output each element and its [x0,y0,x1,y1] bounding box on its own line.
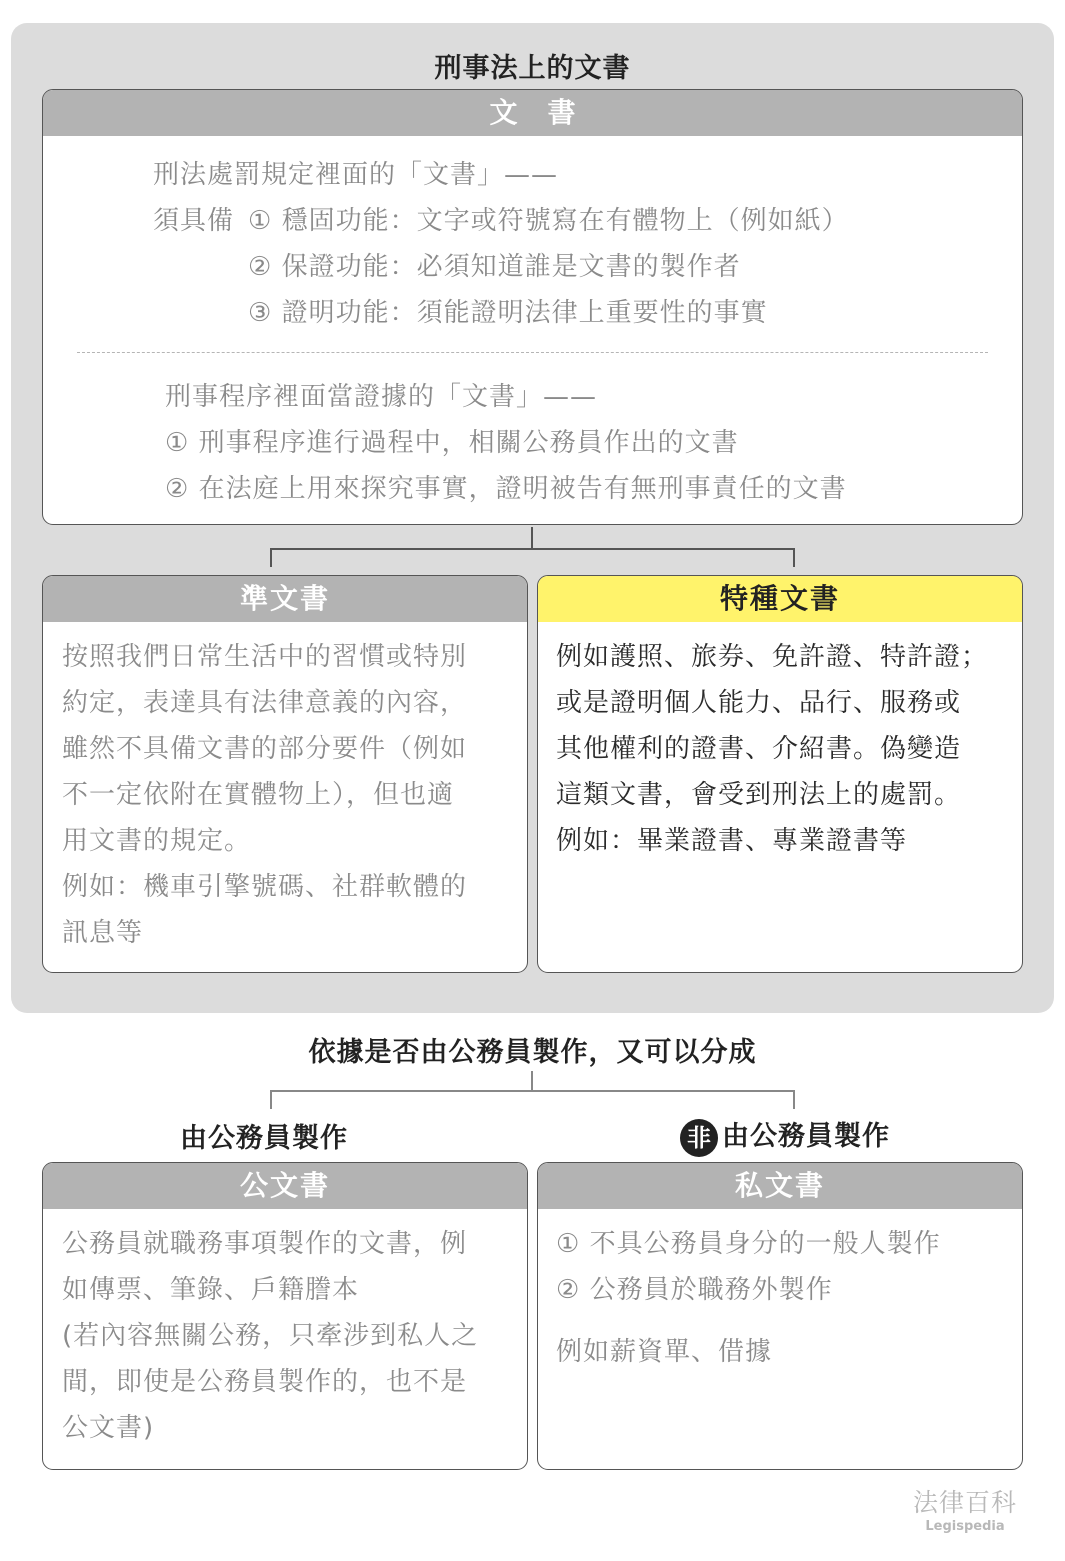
connector-line [793,548,795,567]
connector-line [531,1071,533,1091]
branch-label-text: 由公務員製作 [722,1121,890,1152]
public-document-box: 公文書 公務員就職務事項製作的文書，例 如傳票、筆錄、戶籍謄本 (若內容無關公務… [42,1162,528,1470]
connector-line [270,1090,272,1109]
quasi-document-line: 雖然不具備文書的部分要件（例如 [62,726,527,772]
quasi-document-line: 不一定依附在實體物上），但也適 [62,772,527,818]
connector-line [531,527,533,549]
public-document-header: 公文書 [43,1163,527,1209]
section-divider [77,352,988,353]
document-box-header: 文書 [43,90,1022,136]
connector-line [270,1090,795,1092]
special-document-line: 例如護照、旅券、免許證、特許證； [556,634,1022,680]
special-document-line: 或是證明個人能力、品行、服務或 [556,680,1022,726]
public-document-line: 如傳票、筆錄、戶籍謄本 [62,1267,527,1313]
brand-name-en: Legispedia [900,1518,1030,1536]
brand-logo: 法律百科 Legispedia [900,1488,1030,1536]
public-document-note: 公文書) [62,1405,527,1451]
private-document-header: 私文書 [538,1163,1022,1209]
private-document-item: ② 公務員於職務外製作 [556,1267,1022,1313]
quasi-document-line: 按照我們日常生活中的習慣或特別 [62,634,527,680]
connector-line [793,1090,795,1109]
quasi-document-header: 準文書 [43,576,527,622]
requirement-item: ③ 證明功能：須能證明法律上重要性的事實 [248,290,768,336]
criminal-law-intro: 刑法處罰規定裡面的「文書」—— [153,152,558,198]
requirement-item: ② 保證功能：必須知道誰是文書的製作者 [248,244,741,290]
public-document-note: (若內容無關公務，只牽涉到私人之 [62,1313,527,1359]
special-document-box: 特種文書 例如護照、旅券、免許證、特許證； 或是證明個人能力、品行、服務或 其他… [537,575,1023,973]
classification-title: 依據是否由公務員製作，又可以分成 [0,1030,1065,1069]
public-document-note: 間，即使是公務員製作的，也不是 [62,1359,527,1405]
private-document-box: 私文書 ① 不具公務員身分的一般人製作 ② 公務員於職務外製作 例如薪資單、借據 [537,1162,1023,1470]
quasi-document-line: 用文書的規定。 [62,818,527,864]
requirement-prefix: 須具備 [153,198,234,244]
quasi-document-line: 約定，表達具有法律意義的內容， [62,680,527,726]
connector-line [270,548,272,567]
branch-label-non-public: 非由公務員製作 [680,1114,890,1157]
document-definition-box: 文書 刑法處罰規定裡面的「文書」—— 須具備 ① 穩固功能：文字或符號寫在有體物… [42,89,1023,525]
procedure-intro: 刑事程序裡面當證據的「文書」—— [165,374,597,420]
special-document-example: 例如：畢業證書、專業證書等 [556,818,1022,864]
brand-name-cn: 法律百科 [900,1488,1030,1518]
connector-line [270,548,795,550]
non-badge-icon: 非 [680,1119,718,1157]
procedure-item: ② 在法庭上用來探究事實，證明被告有無刑事責任的文書 [165,466,847,512]
public-document-line: 公務員就職務事項製作的文書，例 [62,1221,527,1267]
branch-label-public: 由公務員製作 [180,1116,348,1155]
special-document-header: 特種文書 [538,576,1022,622]
special-document-line: 其他權利的證書、介紹書。偽變造 [556,726,1022,772]
diagram-title: 刑事法上的文書 [0,46,1065,85]
quasi-document-box: 準文書 按照我們日常生活中的習慣或特別 約定，表達具有法律意義的內容， 雖然不具… [42,575,528,973]
requirement-item: ① 穩固功能：文字或符號寫在有體物上（例如紙） [248,198,849,244]
procedure-item: ① 刑事程序進行過程中，相關公務員作出的文書 [165,420,739,466]
private-document-item: ① 不具公務員身分的一般人製作 [556,1221,1022,1267]
private-document-example: 例如薪資單、借據 [556,1329,1022,1375]
special-document-line: 這類文書，會受到刑法上的處罰。 [556,772,1022,818]
quasi-document-example: 訊息等 [62,910,527,956]
quasi-document-example: 例如：機車引擎號碼、社群軟體的 [62,864,527,910]
